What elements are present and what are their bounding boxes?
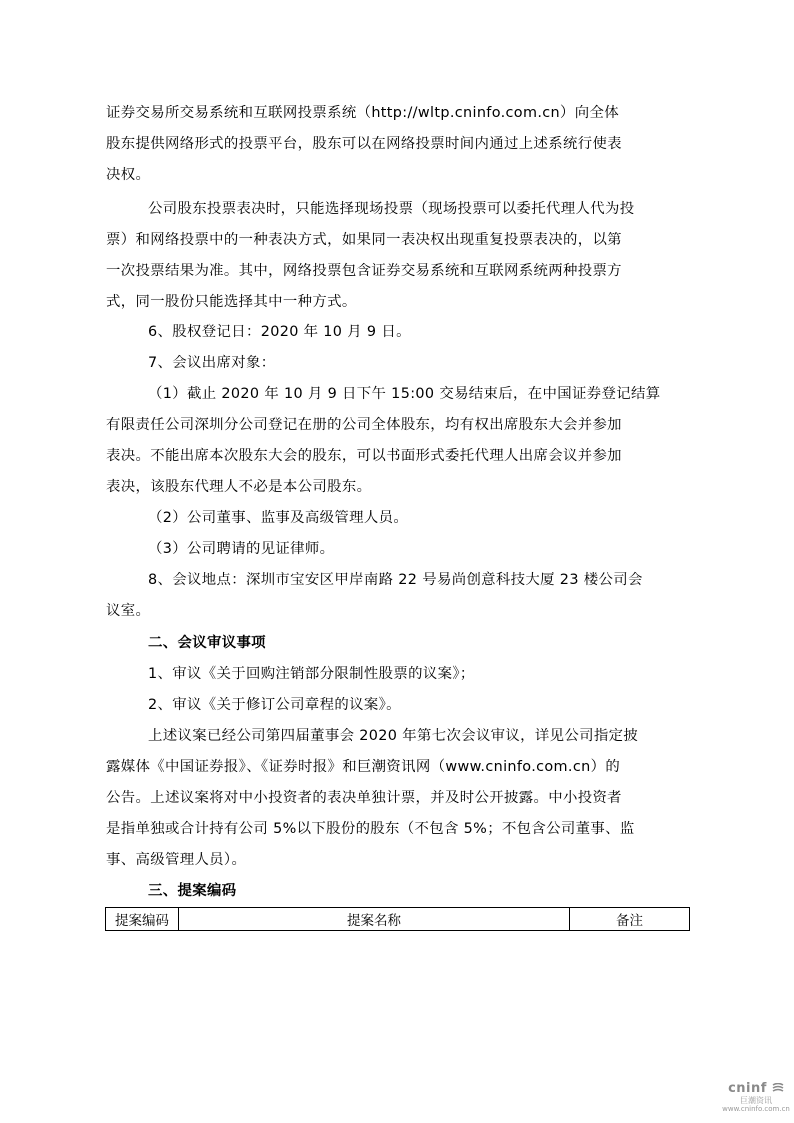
attendees-heading: 7、会议出席对象： — [148, 353, 690, 373]
record-date-line: 6、股权登记日：2020 年 10 月 9 日。 — [148, 322, 690, 342]
agenda-item: 1、审议《关于回购注销部分限制性股票的议案》； — [148, 664, 690, 684]
section-heading: 三、提案编码 — [148, 881, 690, 901]
paragraph-line: 露媒体《中国证券报》、《证券时报》和巨潮资讯网（www.cninfo.com.c… — [106, 757, 690, 777]
paragraph-line: 一次投票结果为准。其中，网络投票包含证券交易系统和互联网系统两种投票方 — [106, 261, 690, 281]
section-heading: 二、会议审议事项 — [148, 633, 690, 653]
column-header-code: 提案编码 — [106, 908, 179, 931]
column-header-remarks: 备注 — [570, 908, 690, 931]
paragraph-line: 表决，该股东代理人不必是本公司股东。 — [106, 477, 690, 497]
watermark-logo: cninf 巨潮资讯 www.cninfo.com.cn — [718, 1081, 794, 1114]
proposal-table: 提案编码 提案名称 备注 — [105, 907, 690, 931]
paragraph-line: 有限责任公司深圳分公司登记在册的公司全体股东，均有权出席股东大会并参加 — [106, 415, 690, 435]
paragraph-line: 证券交易所交易系统和互联网投票系统（http://wltp.cninfo.com… — [106, 103, 690, 123]
logo-chinese-text: 巨潮资讯 — [718, 1096, 794, 1105]
paragraph-line: （3）公司聘请的见证律师。 — [148, 539, 690, 559]
paragraph-line: （2）公司董事、监事及高级管理人员。 — [148, 508, 690, 528]
paragraph-line: 公告。上述议案将对中小投资者的表决单独计票，并及时公开披露。中小投资者 — [106, 788, 690, 808]
meeting-location-line: 议室。 — [106, 601, 690, 621]
document-page: 证券交易所交易系统和互联网投票系统（http://wltp.cninfo.com… — [0, 0, 794, 1123]
meeting-location-line: 8、会议地点：深圳市宝安区甲岸南路 22 号易尚创意科技大厦 23 楼公司会 — [148, 570, 690, 590]
paragraph-line: 决权。 — [106, 165, 690, 185]
paragraph-line: 表决。不能出席本次股东大会的股东，可以书面形式委托代理人出席会议并参加 — [106, 446, 690, 466]
logo-url-text: www.cninfo.com.cn — [718, 1105, 794, 1114]
paragraph-line: 上述议案已经公司第四届董事会 2020 年第七次会议审议，详见公司指定披 — [148, 726, 690, 746]
paragraph-line: （1）截止 2020 年 10 月 9 日下午 15:00 交易结束后，在中国证… — [148, 384, 690, 404]
column-header-name: 提案名称 — [179, 908, 570, 931]
table-header-row: 提案编码 提案名称 备注 — [106, 908, 690, 931]
paragraph-line: 股东提供网络形式的投票平台，股东可以在网络投票时间内通过上述系统行使表 — [106, 134, 690, 154]
paragraph-line: 事、高级管理人员）。 — [106, 850, 690, 870]
paragraph-line: 是指单独或合计持有公司 5%以下股份的股东（不包含 5%；不包含公司董事、监 — [106, 819, 690, 839]
paragraph-line: 式，同一股份只能选择其中一种方式。 — [106, 292, 690, 312]
logo-brand-text: cninf — [728, 1081, 767, 1096]
paragraph-line: 公司股东投票表决时，只能选择现场投票（现场投票可以委托代理人代为投 — [148, 199, 690, 219]
cninfo-logo-icon — [772, 1082, 784, 1092]
paragraph-line: 票）和网络投票中的一种表决方式，如果同一表决权出现重复投票表决的，以第 — [106, 230, 690, 250]
agenda-item: 2、审议《关于修订公司章程的议案》。 — [148, 695, 690, 715]
